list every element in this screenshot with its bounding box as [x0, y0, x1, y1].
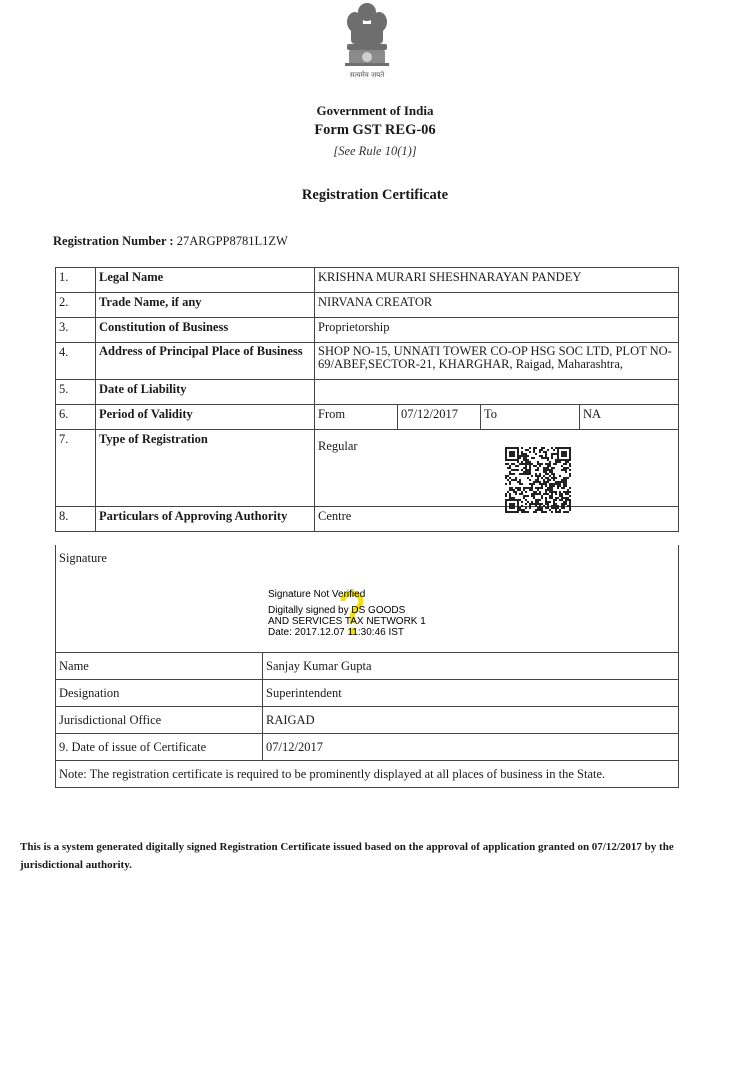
validity-to-value: NA: [580, 405, 679, 430]
national-emblem-icon: सत्यमेव जयते: [338, 0, 396, 82]
legal-name-label: Legal Name: [96, 268, 315, 293]
issue-date-value: 07/12/2017: [263, 734, 679, 761]
registration-number-label: Registration Number :: [53, 234, 174, 248]
signature-date: Date: 2017.12.07 11:30:46 IST: [268, 627, 426, 638]
designation-value: Superintendent: [263, 680, 679, 707]
table-row: 2. Trade Name, if any NIRVANA CREATOR: [56, 293, 679, 318]
date-of-liability-label: Date of Liability: [96, 380, 315, 405]
approving-authority-value: Centre: [315, 507, 679, 532]
validity-from-value: 07/12/2017: [398, 405, 481, 430]
government-heading: Government of India: [0, 103, 750, 119]
table-row: 1. Legal Name KRISHNA MURARI SHESHNARAYA…: [56, 268, 679, 293]
validity-from-label: From: [315, 405, 398, 430]
jurisdictional-office-label: Jurisdictional Office: [56, 707, 263, 734]
constitution-label: Constitution of Business: [96, 318, 315, 343]
table-row: Designation Superintendent: [56, 680, 679, 707]
designation-label: Designation: [56, 680, 263, 707]
signed-by-line-1: Digitally signed by DS GOODS: [268, 605, 426, 616]
system-generated-footer: This is a system generated digitally sig…: [20, 838, 720, 874]
table-row: 7. Type of Registration Regular: [56, 430, 679, 507]
signature-status: Signature Not Verified: [268, 589, 426, 600]
table-row: 8. Particulars of Approving Authority Ce…: [56, 507, 679, 532]
table-row: Note: The registration certificate is re…: [56, 761, 679, 788]
digital-signature-block: Signature Not Verified Digitally signed …: [268, 589, 426, 638]
period-of-validity-label: Period of Validity: [96, 405, 315, 430]
trade-name-label: Trade Name, if any: [96, 293, 315, 318]
issue-date-label: 9. Date of issue of Certificate: [56, 734, 263, 761]
form-title: Form GST REG-06: [0, 122, 750, 139]
legal-name-value: KRISHNA MURARI SHESHNARAYAN PANDEY: [315, 268, 679, 293]
trade-name-value: NIRVANA CREATOR: [315, 293, 679, 318]
qr-code-icon: [505, 447, 571, 513]
officer-table: Name Sanjay Kumar Gupta Designation Supe…: [55, 652, 679, 788]
registration-number-value: 27ARGPP8781L1ZW: [177, 234, 288, 248]
svg-text:सत्यमेव जयते: सत्यमेव जयते: [350, 70, 385, 79]
address-label: Address of Principal Place of Business: [96, 343, 315, 380]
address-value: SHOP NO-15, UNNATI TOWER CO-OP HSG SOC L…: [315, 343, 679, 380]
date-of-liability-value: [315, 380, 679, 405]
table-row: 3. Constitution of Business Proprietorsh…: [56, 318, 679, 343]
registration-number: Registration Number : 27ARGPP8781L1ZW: [53, 234, 288, 249]
jurisdictional-office-value: RAIGAD: [263, 707, 679, 734]
table-row: Name Sanjay Kumar Gupta: [56, 653, 679, 680]
registration-type-label: Type of Registration: [96, 430, 315, 507]
validity-to-label: To: [481, 405, 580, 430]
table-row: 4. Address of Principal Place of Busines…: [56, 343, 679, 380]
display-note: Note: The registration certificate is re…: [56, 761, 679, 788]
table-row: 9. Date of issue of Certificate 07/12/20…: [56, 734, 679, 761]
constitution-value: Proprietorship: [315, 318, 679, 343]
rule-reference: [See Rule 10(1)]: [0, 144, 750, 159]
table-row: Jurisdictional Office RAIGAD: [56, 707, 679, 734]
table-row: 5. Date of Liability: [56, 380, 679, 405]
table-row: 6. Period of Validity From 07/12/2017 To…: [56, 405, 679, 430]
signature-section: Signature Signature Not Verified Digital…: [55, 545, 679, 653]
details-table: 1. Legal Name KRISHNA MURARI SHESHNARAYA…: [55, 267, 679, 532]
signature-label: Signature: [59, 551, 107, 566]
officer-name-label: Name: [56, 653, 263, 680]
approving-authority-label: Particulars of Approving Authority: [96, 507, 315, 532]
signed-by-line-2: AND SERVICES TAX NETWORK 1: [268, 616, 426, 627]
registration-type-value: Regular: [315, 430, 679, 507]
officer-name-value: Sanjay Kumar Gupta: [263, 653, 679, 680]
certificate-title: Registration Certificate: [0, 187, 750, 204]
